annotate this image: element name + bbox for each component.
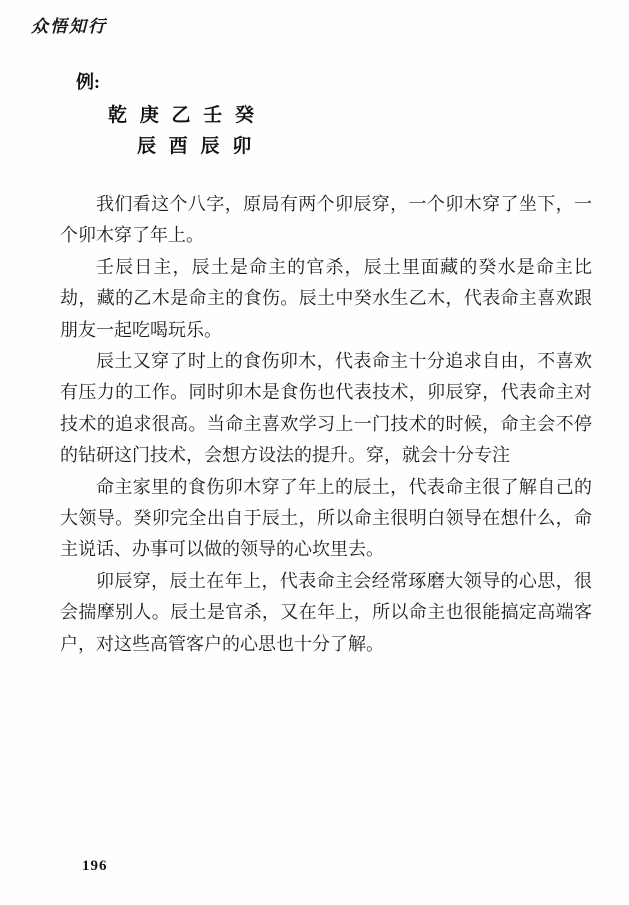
paragraph-5: 卯辰穿，辰土在年上，代表命主会经常琢磨大领导的心思，很会揣摩别人。辰土是官杀，又… bbox=[60, 566, 592, 660]
page-number: 196 bbox=[82, 858, 108, 875]
running-header: 众悟知行 bbox=[31, 12, 107, 37]
bazi-stems-row: 乾 庚 乙 壬 癸 bbox=[108, 100, 254, 127]
paragraph-3: 辰土又穿了时上的食伤卯木，代表命主十分追求自由，不喜欢有压力的工作。同时卯木是食… bbox=[60, 346, 592, 472]
paragraph-1: 我们看这个八字，原局有两个卯辰穿，一个卯木穿了坐下，一个卯木穿了年上。 bbox=[60, 189, 592, 252]
body-text: 我们看这个八字，原局有两个卯辰穿，一个卯木穿了坐下，一个卯木穿了年上。 壬辰日主… bbox=[60, 189, 592, 660]
paragraph-4: 命主家里的食伤卯木穿了年上的辰土，代表命主很了解自己的大领导。癸卯完全出自于辰土… bbox=[60, 472, 592, 566]
paragraph-2: 壬辰日主，辰土是命主的官杀，辰土里面藏的癸水是命主比劫，藏的乙木是命主的食伤。辰… bbox=[60, 252, 592, 346]
bazi-branches-row: 辰 酉 辰 卯 bbox=[137, 131, 251, 158]
example-label: 例: bbox=[76, 68, 100, 94]
book-page: 众悟知行 例: 乾 庚 乙 壬 癸 辰 酉 辰 卯 我们看这个八字，原局有两个卯… bbox=[0, 0, 629, 905]
